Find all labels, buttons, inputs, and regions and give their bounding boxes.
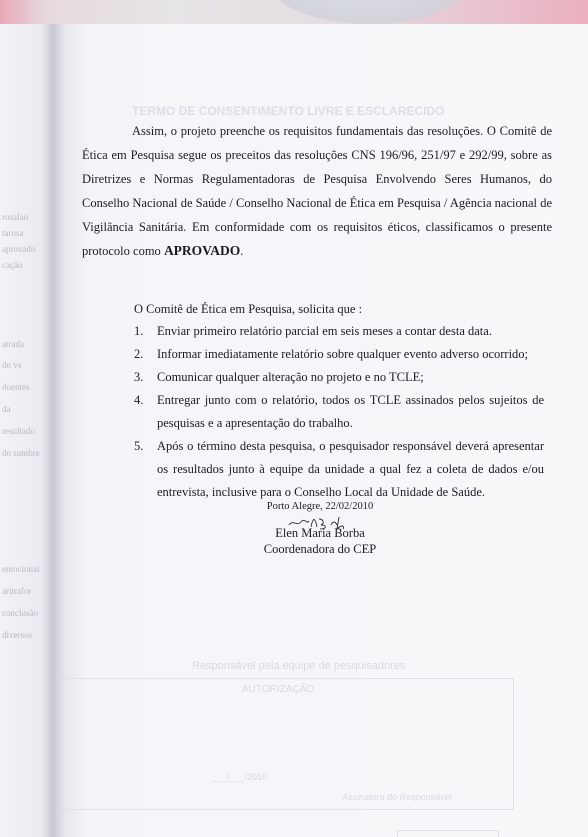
facing-page-fragment: diversos [2,630,32,640]
document-page: TERMO DE CONSENTIMENTO LIVRE E ESCLARECI… [52,24,588,837]
facing-page-fragment: resultado [2,426,35,436]
bleed-through-signature-caption: Assinatura do Responsável [342,792,452,802]
facing-page-fragment: doentes [2,382,30,392]
facing-page-fragment: aritrafor [2,586,31,596]
list-item: 3.Comunicar qualquer alteração no projet… [134,366,544,389]
bleed-through-heading: Responsável pela equipe de pesquisadores [192,660,405,672]
facing-page-fragment: tarosa [2,228,24,238]
requests-intro: O Comitê de Ética em Pesquisa, solicita … [134,297,362,321]
list-item: 1.Enviar primeiro relatório parcial em s… [134,320,544,343]
bleed-through-stamp [397,830,499,837]
signer-role: Coordenadora do CEP [52,540,588,558]
facing-page-fragment: do vs [2,360,21,370]
list-item: 2.Informar imediatamente relatório sobre… [134,343,544,366]
requests-list: 1.Enviar primeiro relatório parcial em s… [134,320,544,504]
facing-page-fragment: emocionai [2,564,40,574]
facing-page-fragment: rosalao [2,212,28,222]
facing-page-fragment: atrada [2,339,24,349]
list-item: 5.Após o término desta pesquisa, o pesqu… [134,435,544,504]
facing-page-fragment: da [2,404,11,414]
facing-page-fragment: do sumbre [2,448,40,458]
facing-page-fragment: cação [2,260,22,270]
list-item: 4.Entregar junto com o relatório, todos … [134,389,544,435]
facing-page-edge: rosalao tarosa aprovado cação atrada do … [0,24,52,837]
approval-status: APROVADO [164,243,240,258]
bleed-through-title: TERMO DE CONSENTIMENTO LIVRE E ESCLARECI… [132,104,444,118]
bleed-through-box [62,678,514,810]
bleed-through-date: ___/___/2010 [212,772,267,782]
bleed-through-authorization: AUTORIZAÇÃO [242,684,314,695]
facing-page-fragment: conclusão [2,608,38,618]
approval-paragraph: Assim, o projeto preenche os requisitos … [82,119,552,263]
facing-page-fragment: aprovado [2,244,36,254]
